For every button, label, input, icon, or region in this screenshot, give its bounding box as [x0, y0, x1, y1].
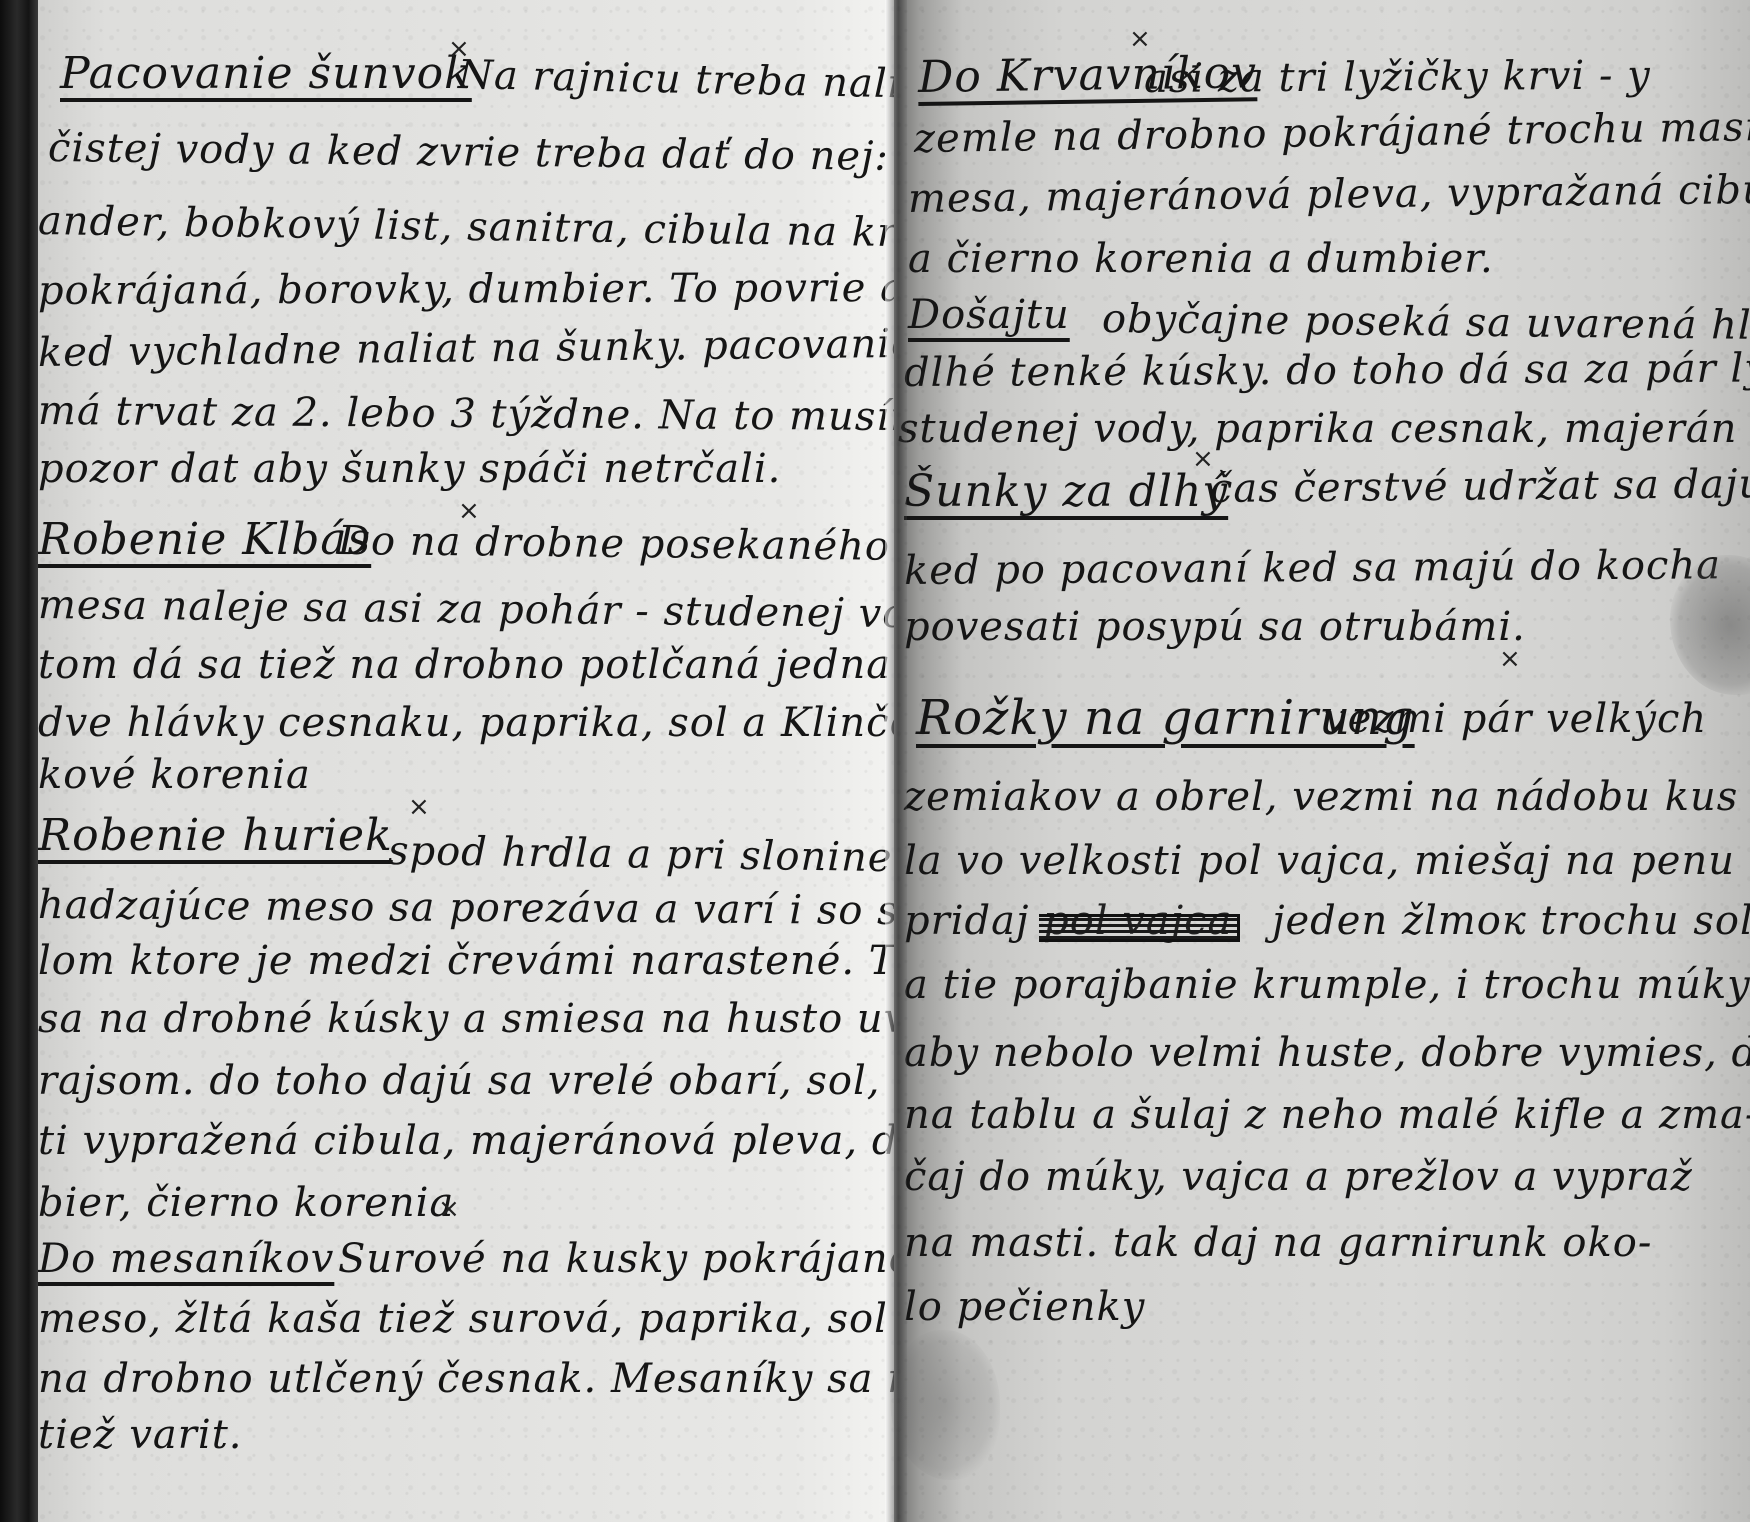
- recipe-text-line: na tablu a šulaj z neho malé kifle a zma…: [904, 1092, 1750, 1138]
- left-page: Pacovanie šunvok × Na rajnicu treba nali…: [38, 0, 894, 1522]
- recipe-text-line: ti vypražená cibula, majeránová pleva, d…: [38, 1118, 894, 1164]
- recipe-text-line: pridaj pol vajca jeden žlток trochu soli…: [904, 898, 1750, 944]
- recipe-text-fragment: jeden žlток trochu soli,: [1272, 898, 1750, 944]
- recipe-text-line: dve hlávky cesnaku, paprika, sol a Klinč…: [38, 700, 894, 746]
- recipe-text-line: tom dá sa tiež na drobno potlčaná jedna …: [38, 642, 894, 688]
- recipe-text-line: zemiakov a obrel, vezmi na nádobu kus ma…: [904, 774, 1750, 820]
- recipe-text-line: la vo velkosti pol vajca, miešaj na penu: [904, 838, 1735, 884]
- recipe-text-line: mesa naleje sa asi za pohár - studenej v…: [38, 582, 894, 638]
- recipe-text-line: Do na drobne posekaného: [338, 518, 890, 570]
- recipe-text-line: kové korenia: [38, 752, 311, 798]
- recipe-text-line: pozor dat aby šunky spáči netrčali.: [38, 446, 781, 492]
- recipe-text-line: bier, čierno korenia: [38, 1180, 454, 1226]
- page-gutter: [885, 0, 907, 1522]
- recipe-text-line: meso, žltá kaša tiež surová, paprika, so…: [38, 1296, 894, 1342]
- cross-mark-icon: ×: [1499, 644, 1521, 674]
- recipe-text-line: pokrájaná, borovky, dumbier. To povrie a…: [38, 264, 894, 314]
- recipe-text-line: a čierno korenia a dumbier.: [908, 236, 1494, 282]
- recipe-text-line: aby nebolo velmi huste, dobre vymies, da…: [904, 1030, 1750, 1076]
- recipe-text-line: rajsom. do toho dajú sa vrelé obarí, sol…: [38, 1058, 894, 1104]
- recipe-text-line: spod hrdla a pri slonine na-: [388, 828, 894, 882]
- recipe-text-line: tiež varit.: [38, 1412, 242, 1458]
- recipe-text-line: studenej vody, paprika cesnak, majerán: [898, 406, 1737, 452]
- recipe-heading: Šunky za dlhý: [904, 466, 1228, 517]
- cross-mark-icon: ×: [438, 1194, 460, 1224]
- recipe-text-line: ked po pacovaní ked sa majú do kocha: [904, 542, 1721, 594]
- recipe-heading: Do mesaníkov: [38, 1236, 334, 1282]
- recipe-text-line: ander, bobkový list, sanitra, cibula na …: [38, 198, 894, 257]
- recipe-text-line: sa na drobné kúsky a smiesa na husto uva…: [38, 996, 894, 1042]
- recipe-heading: Robenie huriek: [38, 810, 393, 861]
- recipe-text-line: Na rajnicu treba naliat: [458, 52, 894, 108]
- recipe-text-fragment: pridaj: [904, 898, 1029, 944]
- recipe-text-line: mesa, majeránová pleva, vypražaná cibula: [908, 167, 1750, 222]
- cross-mark-icon: ×: [408, 792, 430, 822]
- recipe-text-line: vezmi pár velkých: [1324, 696, 1707, 742]
- recipe-text-line: čas čerstvé udržat sa dajú: [1210, 461, 1750, 512]
- recipe-text-line: lom ktore je medzi črevámi narastené. To…: [38, 938, 894, 984]
- recipe-text-line: čaj do múky, vajca a prežlov a vypraž: [904, 1154, 1693, 1200]
- recipe-text-line: Surové na kusky pokrájané: [338, 1236, 894, 1282]
- recipe-text-line: na masti. tak daj na garnirunk oko-: [904, 1220, 1652, 1266]
- recipe-text-line: na drobno utlčený česnak. Mesaníky sa mo…: [38, 1356, 894, 1402]
- recipe-text-line: má trvat za 2. lebo 3 týždne. Na to musí…: [38, 388, 894, 440]
- recipe-heading: Došajtu: [908, 292, 1070, 338]
- recipe-heading: Pacovanie šunvok: [60, 48, 472, 99]
- recipe-heading: Robenie Klbás: [38, 514, 371, 565]
- recipe-text-line: a tie porajbanie krumple, i trochu múky: [904, 962, 1750, 1008]
- recipe-text-line: čistej vody a ked zvrie treba dať do nej…: [48, 125, 894, 181]
- recipe-text-line: ked vychladne naliat na šunky. pacovanie: [38, 321, 894, 376]
- recipe-text-line: hadzajúce meso sa porezáva a varí i so s…: [38, 882, 894, 934]
- book-binding: [0, 0, 38, 1522]
- crossed-out-text: pol vajca: [1043, 898, 1232, 944]
- recipe-text-line: asi za tri lyžičky krvi - y: [1144, 52, 1651, 102]
- recipe-text-line: dlhé tenké kúsky. do toho dá sa za pár l…: [904, 345, 1750, 396]
- right-page: × Do Krvavníkov asi za tri lyžičky krvi …: [894, 0, 1750, 1522]
- recipe-text-line: lo pečienky: [904, 1284, 1145, 1330]
- recipe-text-line: zemle na drobno pokrájané trochu masného: [914, 103, 1750, 162]
- recipe-text-line: povesati posypú sa otrubámi.: [904, 604, 1526, 650]
- recipe-text-line: obyčajne poseká sa uvarená hlava na: [1102, 296, 1750, 350]
